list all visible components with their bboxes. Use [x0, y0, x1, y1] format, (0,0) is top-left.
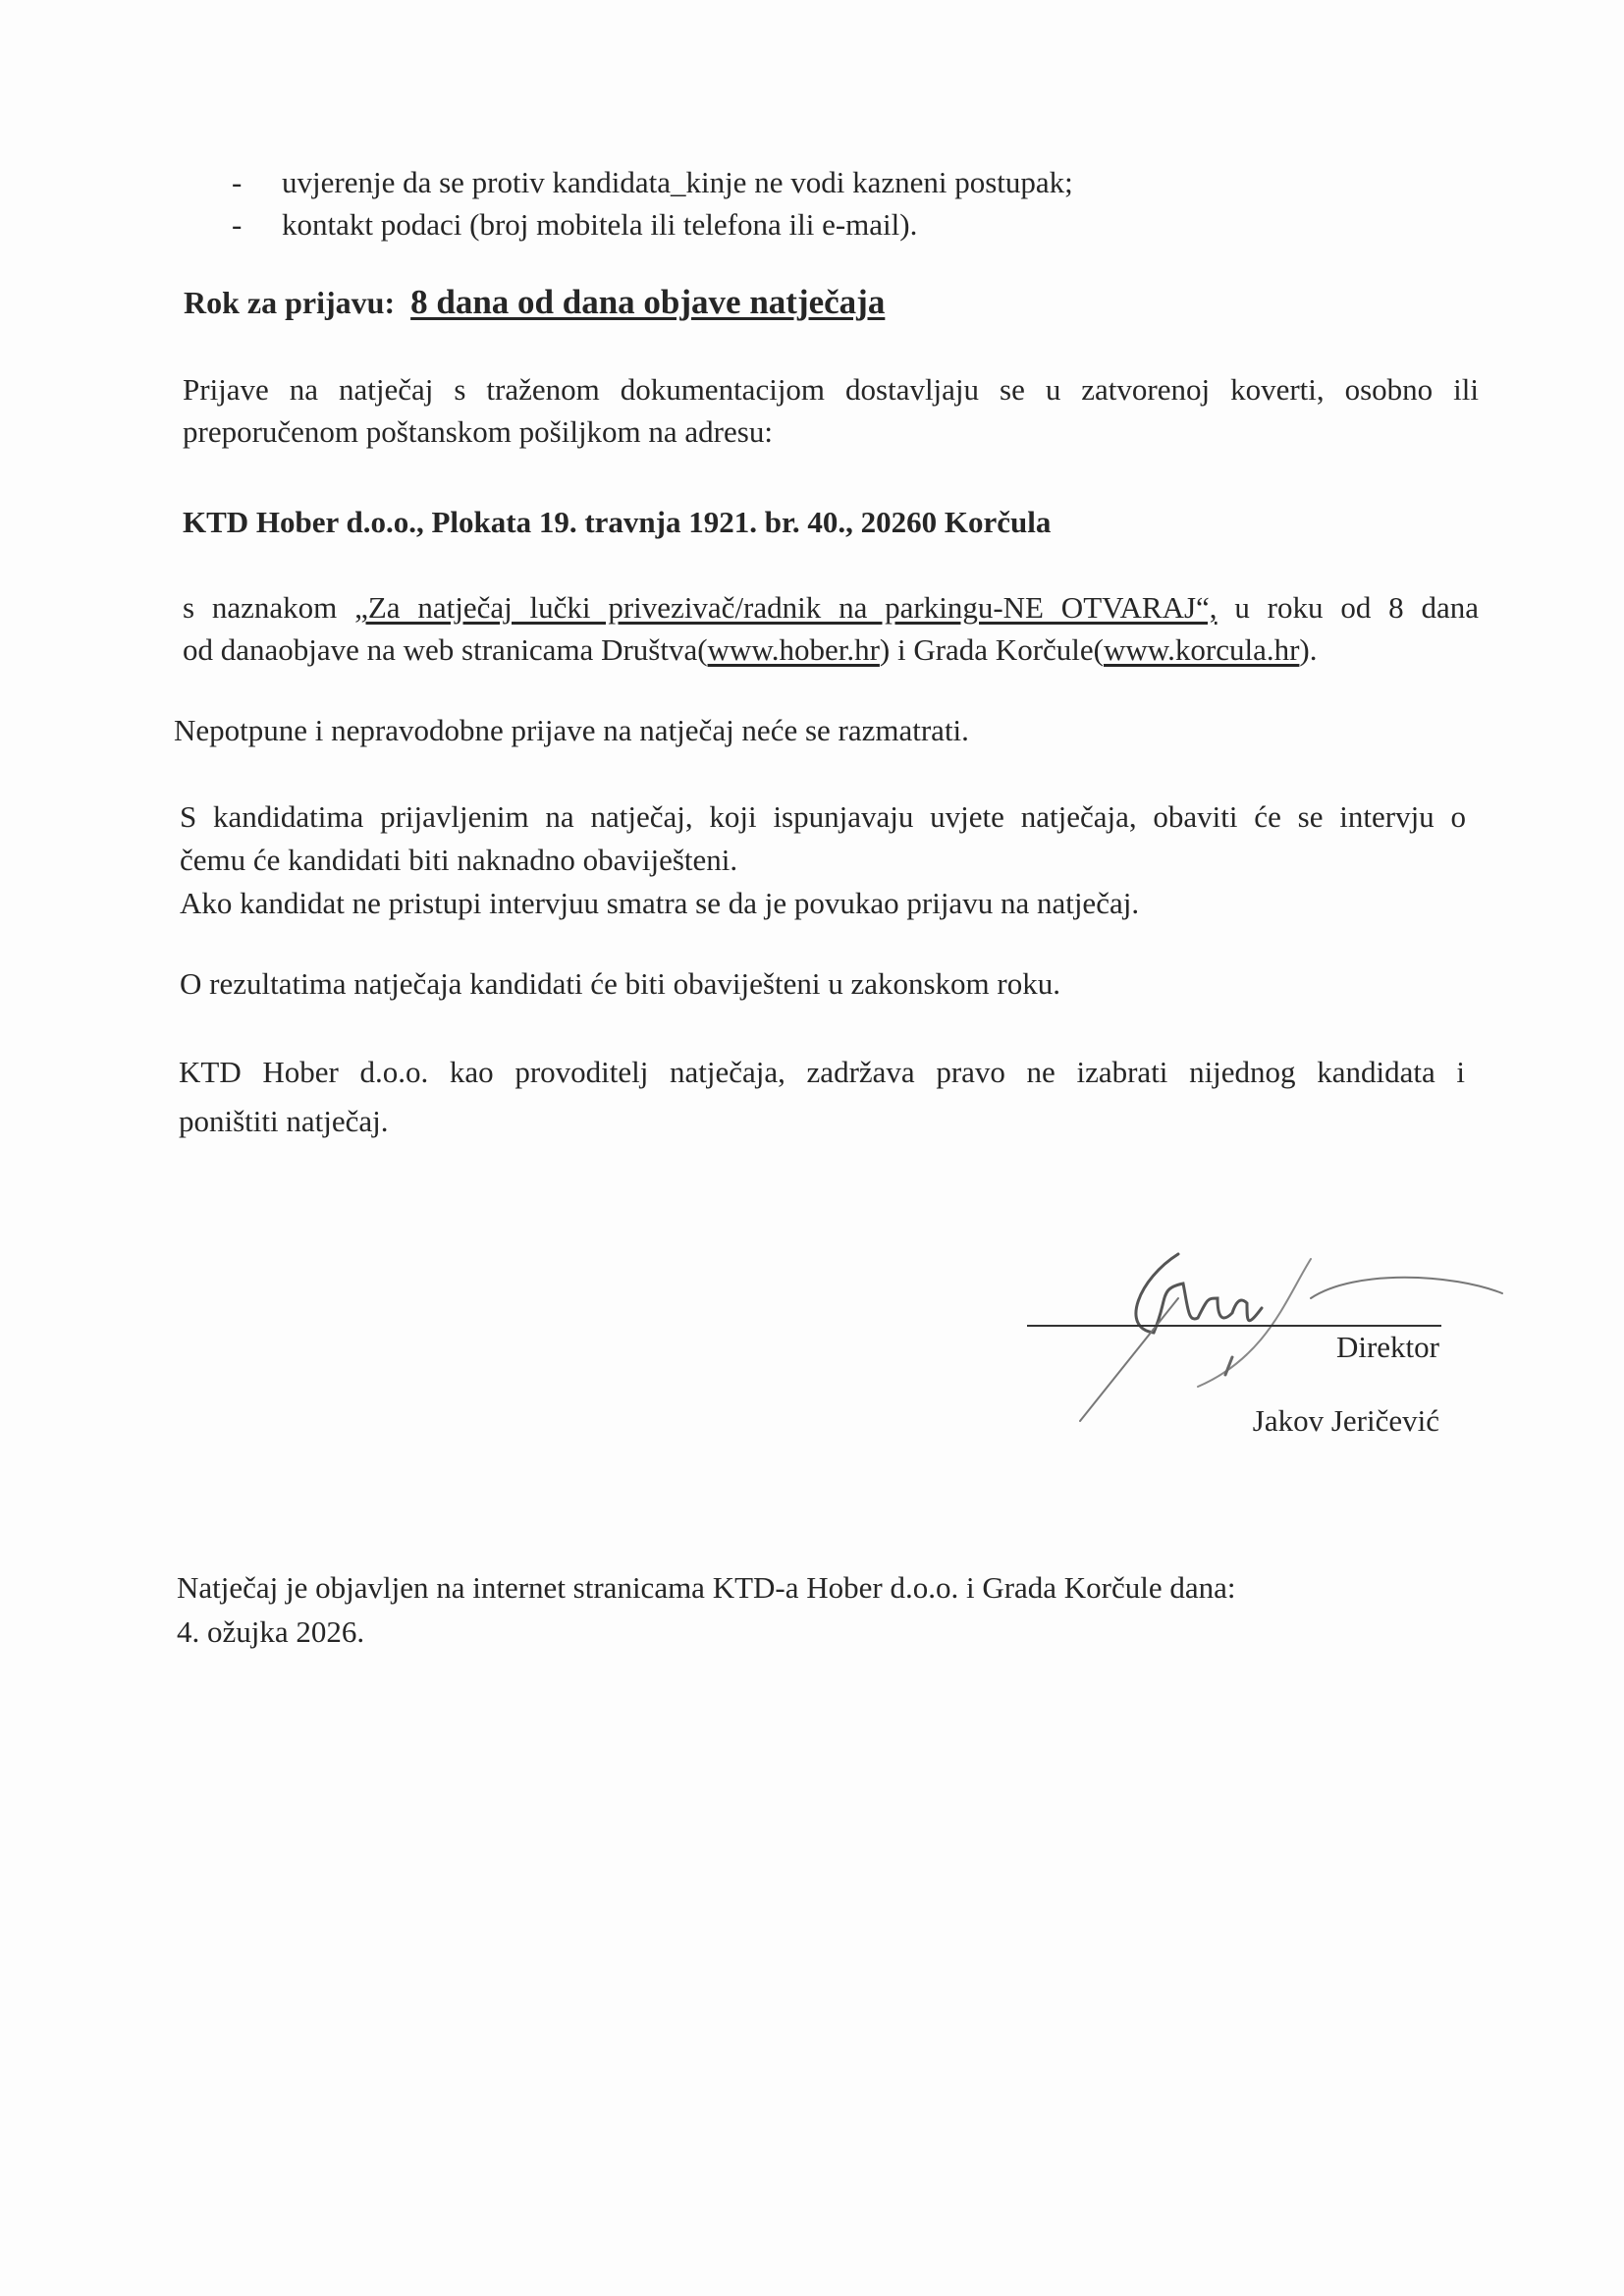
- interview-line-1: S kandidatima prijavljenim na natječaj, …: [180, 801, 1466, 832]
- bullet-item: kontakt podaci (broj mobitela ili telefo…: [282, 209, 917, 240]
- marking-label: „Za natječaj lučki privezivač/radnik na …: [354, 590, 1217, 625]
- deadline: Rok za prijavu: 8 dana od dana objave na…: [184, 285, 885, 319]
- bullet-item: uvjerenje da se protiv kandidata_kinje n…: [282, 167, 1073, 197]
- submission-line-1: Prijave na natječaj s traženom dokumenta…: [183, 374, 1479, 405]
- signature-scribble: [1060, 1239, 1532, 1426]
- text: ).: [1299, 632, 1317, 667]
- submission-line-2: preporučenom poštanskom pošiljkom na adr…: [183, 416, 773, 447]
- deadline-value: 8 dana od dana objave natječaja: [410, 283, 885, 321]
- bullet-dash: -: [232, 167, 242, 197]
- text: ) i Grada Korčule(: [880, 632, 1104, 667]
- interview-line-2: čemu će kandidati biti naknadno obaviješ…: [180, 845, 737, 875]
- publication-line-1: Natječaj je objavljen na internet strani…: [177, 1572, 1236, 1603]
- results-notice: O rezultatima natječaja kandidati će bit…: [180, 968, 1060, 999]
- marking-line-1: s naznakom „Za natječaj lučki privezivač…: [183, 592, 1479, 623]
- bullet-dash: -: [232, 209, 242, 240]
- address: KTD Hober d.o.o., Plokata 19. travnja 19…: [183, 507, 1051, 537]
- deadline-label: Rok za prijavu:: [184, 285, 395, 320]
- marking-line-2: od danaobjave na web stranicama Društva(…: [183, 634, 1318, 665]
- rights-line-1: KTD Hober d.o.o. kao provoditelj natječa…: [179, 1057, 1465, 1087]
- interview-line-3: Ako kandidat ne pristupi intervjuu smatr…: [180, 888, 1139, 918]
- marking-prefix: s naznakom: [183, 590, 354, 625]
- link-korcula[interactable]: www.korcula.hr: [1104, 632, 1299, 667]
- signature-line: [1027, 1325, 1441, 1327]
- marking-suffix: u roku od 8 dana: [1218, 590, 1479, 625]
- signatory-name: Jakov Jeričević: [1253, 1405, 1439, 1436]
- rights-line-2: poništiti natječaj.: [179, 1106, 389, 1136]
- signatory-title: Direktor: [1336, 1332, 1439, 1362]
- publication-date: 4. ožujka 2026.: [177, 1616, 364, 1647]
- text: od danaobjave na web stranicama Društva(: [183, 632, 708, 667]
- link-hober[interactable]: www.hober.hr: [708, 632, 880, 667]
- incomplete-notice: Nepotpune i nepravodobne prijave na natj…: [174, 715, 969, 745]
